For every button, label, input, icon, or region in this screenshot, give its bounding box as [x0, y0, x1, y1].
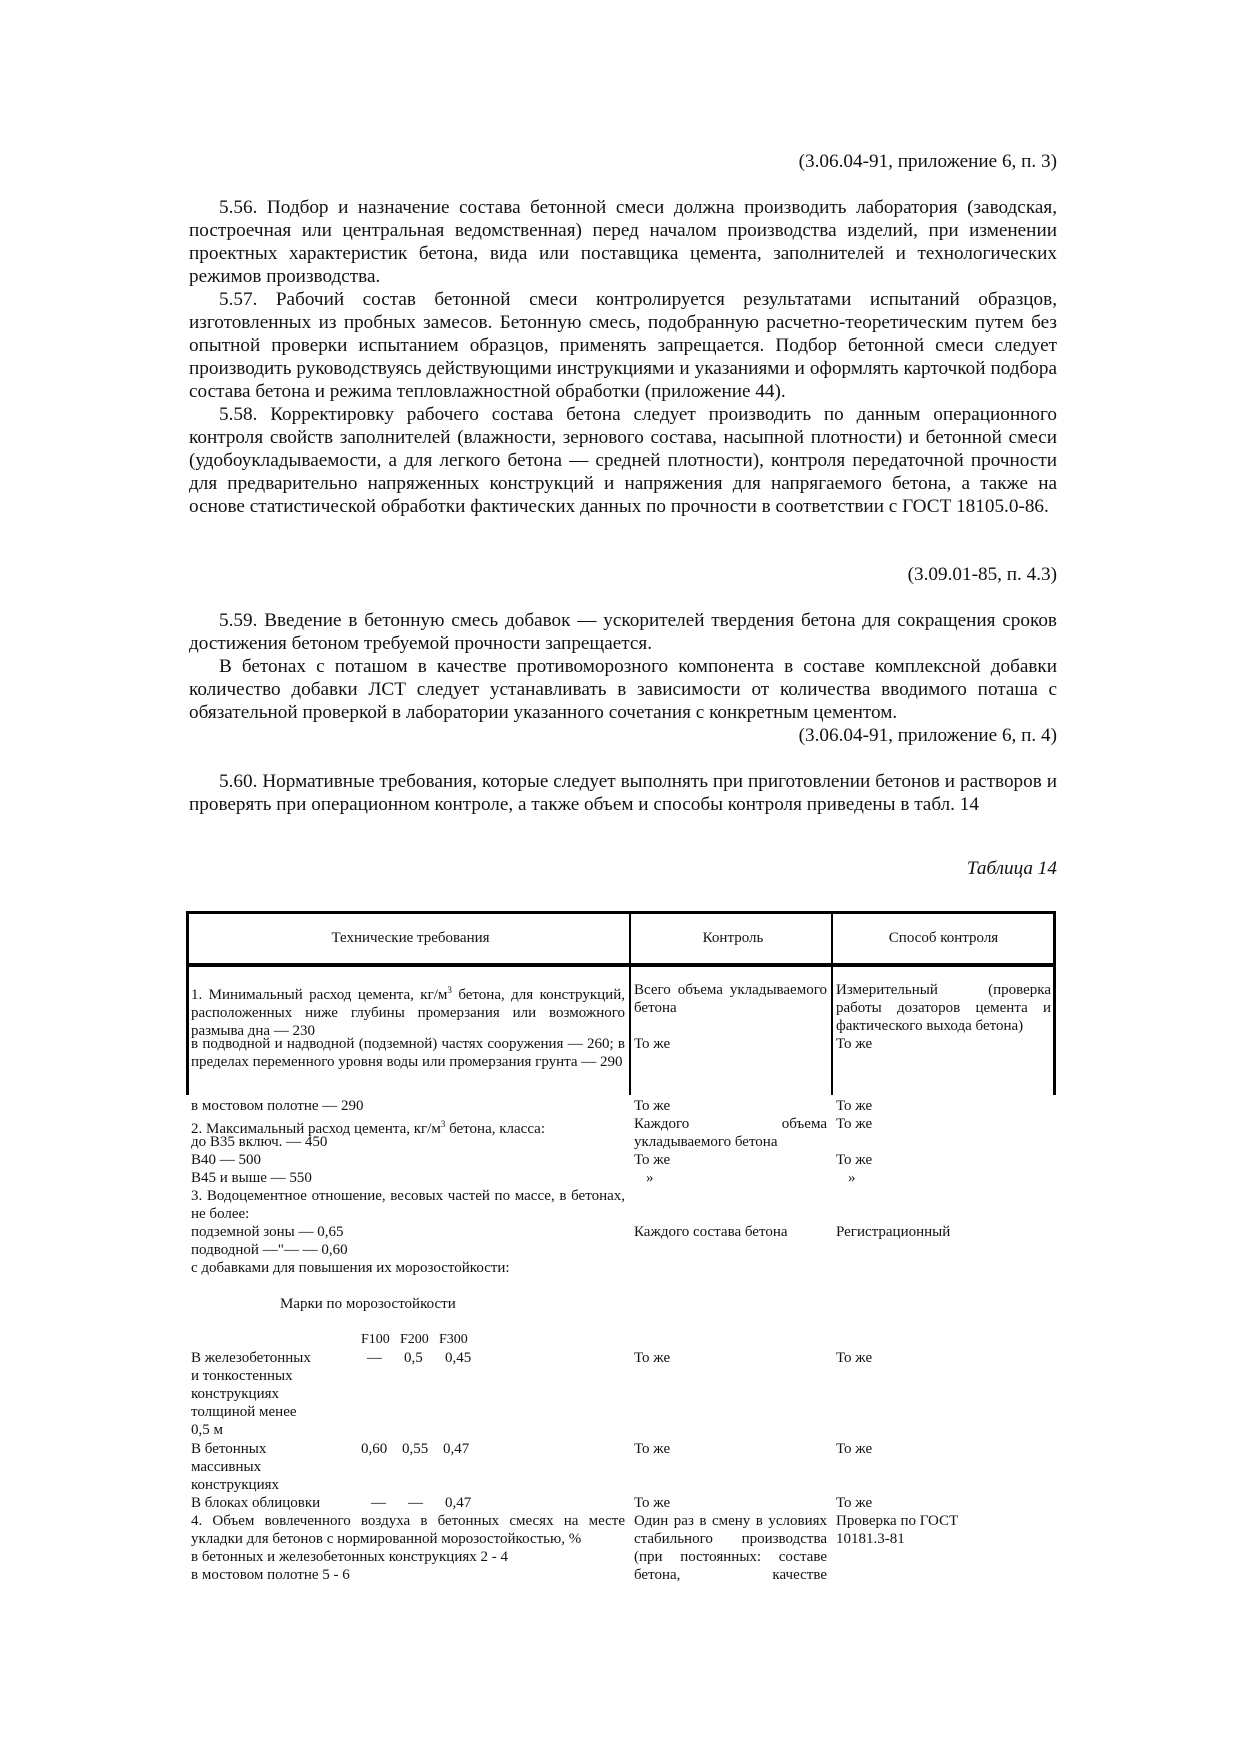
paragraph-5-59-potash: В бетонах с поташом в качестве противомо…: [189, 655, 1057, 724]
row1-method-a: Измерительный (проверка работы дозаторов…: [836, 981, 1051, 1035]
row2-class-b40: В40 — 500: [191, 1151, 625, 1169]
frost-grades-title: Марки по морозостойкости: [280, 1295, 456, 1313]
document-page: (3.06.04-91, приложение 6, п. 3) 5.56. П…: [0, 0, 1240, 1755]
frost-row-facing-method: То же: [836, 1494, 1051, 1512]
label-line: массивных: [191, 1458, 341, 1476]
row3-control: Каждого состава бетона: [634, 1223, 827, 1241]
row3-method: Регистрационный: [836, 1223, 1051, 1241]
row2-class-b40-control: То же: [634, 1151, 827, 1169]
row4-method: Проверка по ГОСТ 10181.3-81: [836, 1512, 966, 1548]
row1-control-bridge: То же: [634, 1097, 827, 1115]
reference-3-06-04-91-p4: (3.06.04-91, приложение 6, п. 4): [799, 724, 1057, 747]
row1-control-b: То же: [634, 1035, 827, 1053]
row1-method-bridge: То же: [836, 1097, 1051, 1115]
row4-requirement: 4. Объем вовлеченного воздуха в бетонных…: [191, 1512, 625, 1548]
section-5-60: 5.60. Нормативные требования, которые сл…: [189, 770, 1057, 816]
frost-row-massive-label: В бетонных массивных конструкциях: [191, 1440, 341, 1494]
row1-control-a: Всего объема укладываемого бетона: [634, 981, 827, 1017]
frost-row-facing-f300: 0,47: [445, 1494, 471, 1512]
row2-method: То же: [836, 1115, 1051, 1133]
paragraph-5-58: 5.58. Корректировку рабочего состава бет…: [189, 403, 1057, 518]
frost-row-facing-f200: —: [408, 1494, 423, 1512]
frost-row-reinforced-label: В железобетонных и тонкостенных конструк…: [191, 1349, 341, 1439]
row1-requirement-a: 1. Минимальный расход цемента, кг/м3 бет…: [191, 981, 625, 1040]
paragraph-5-57: 5.57. Рабочий состав бетонной смеси конт…: [189, 288, 1057, 403]
frost-row-massive-f100: 0,60: [361, 1440, 387, 1458]
table-border-right: [1053, 967, 1056, 1095]
row4-requirement-structures: в бетонных и железобетонных конструкциях…: [191, 1548, 625, 1566]
row1-requirement-b: в подводной и надводной (подземной) част…: [191, 1035, 625, 1071]
row3-requirement: 3. Водоцементное отношение, весовых част…: [191, 1187, 625, 1223]
section-5-59: 5.59. Введение в бетонную смесь добавок …: [189, 609, 1057, 724]
frost-grade-f300: F300: [439, 1331, 468, 1349]
label-line: 0,5 м: [191, 1421, 341, 1439]
frost-row-massive-method: То же: [836, 1440, 1051, 1458]
frost-grade-f100: F100: [361, 1331, 390, 1349]
paragraph-5-60: 5.60. Нормативные требования, которые сл…: [189, 770, 1057, 816]
header-control: Контроль: [632, 914, 834, 963]
frost-row-reinforced-f200: 0,5: [404, 1349, 423, 1367]
paragraph-5-59: 5.59. Введение в бетонную смесь добавок …: [189, 609, 1057, 655]
label-line: конструкциях: [191, 1385, 341, 1403]
row4-control: Один раз в смену в условиях стабильного …: [634, 1512, 827, 1584]
label-line: В железобетонных: [191, 1349, 341, 1367]
frost-row-facing-f100: —: [371, 1494, 386, 1512]
label-line: В бетонных: [191, 1440, 341, 1458]
table-border-left: [186, 967, 189, 1095]
label-line: и тонкостенных: [191, 1367, 341, 1385]
row2-class-b45-control: »: [634, 1169, 839, 1187]
row1-requirement-bridge: в мостовом полотне — 290: [191, 1097, 625, 1115]
label-line: конструкциях: [191, 1476, 341, 1494]
frost-row-massive-f200: 0,55: [402, 1440, 428, 1458]
table-header: Технические требования Контроль Способ к…: [186, 911, 1056, 967]
row3-underwater: подводной —"— — 0,60: [191, 1241, 625, 1259]
frost-row-facing-control: То же: [634, 1494, 827, 1512]
table-caption: Таблица 14: [967, 858, 1057, 880]
section-5-56-to-5-58: 5.56. Подбор и назначение состава бетонн…: [189, 196, 1057, 518]
reference-3-06-04-91-p3: (3.06.04-91, приложение 6, п. 3): [799, 150, 1057, 173]
frost-row-reinforced-method: То же: [836, 1349, 1051, 1367]
frost-row-massive-f300: 0,47: [443, 1440, 469, 1458]
frost-grade-f200: F200: [400, 1331, 429, 1349]
header-technical-requirements: Технические требования: [189, 914, 632, 963]
table-column-divider: [831, 911, 833, 1095]
row1-method-b: То же: [836, 1035, 1051, 1053]
row2-class-b45-method: »: [836, 1169, 1063, 1187]
row2-class-b40-method: То же: [836, 1151, 1051, 1169]
frost-row-facing-label: В блоках облицовки: [191, 1494, 320, 1512]
row3-underground: подземной зоны — 0,65: [191, 1223, 625, 1241]
row3-additives: с добавками для повышения их морозостойк…: [191, 1259, 625, 1277]
frost-row-reinforced-f300: 0,45: [445, 1349, 471, 1367]
frost-row-massive-control: То же: [634, 1440, 827, 1458]
row2-class-b35: до В35 включ. — 450: [191, 1133, 625, 1151]
paragraph-5-56: 5.56. Подбор и назначение состава бетонн…: [189, 196, 1057, 288]
reference-3-09-01-85: (3.09.01-85, п. 4.3): [908, 563, 1057, 586]
frost-row-reinforced-f100: —: [367, 1349, 382, 1367]
table-column-divider: [629, 911, 631, 1095]
label-line: толщиной менее: [191, 1403, 341, 1421]
row2-control: Каждого объема укладываемого бетона: [634, 1115, 827, 1151]
row4-requirement-bridge: в мостовом полотне 5 - 6: [191, 1566, 625, 1584]
row2-class-b45: В45 и выше — 550: [191, 1169, 625, 1187]
header-control-method: Способ контроля: [834, 914, 1053, 963]
frost-row-reinforced-control: То же: [634, 1349, 827, 1367]
